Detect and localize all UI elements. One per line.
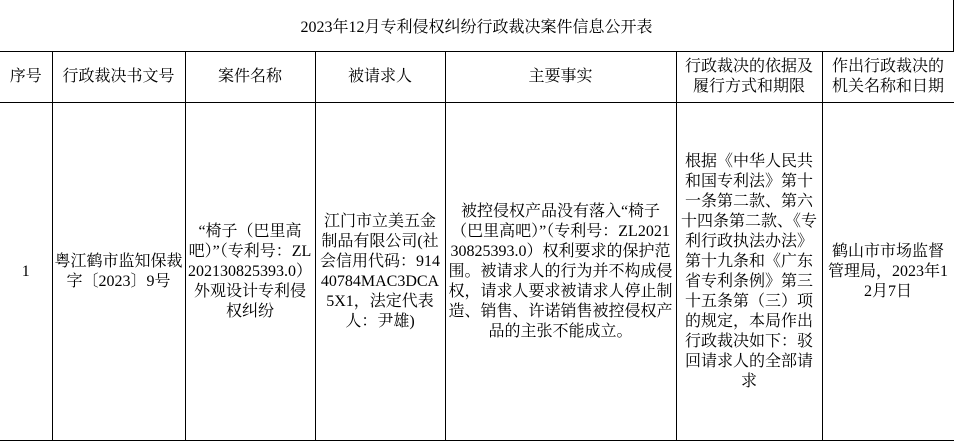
cell-basis: 根据《中华人民共和国专利法》第十一条第二款、第六十四条第二款、《专利行政执法办法…: [676, 103, 822, 441]
cases-table: 序号 行政裁决书文号 案件名称 被请求人 主要事实 行政裁决的依据及履行方式和期…: [0, 51, 954, 441]
col-header-doc-no: 行政裁决书文号: [52, 52, 185, 103]
disclosure-document: 2023年12月专利侵权纠纷行政裁决案件信息公开表 序号 行政裁决书文号 案件名…: [0, 0, 954, 445]
cell-seq: 1: [0, 103, 52, 441]
col-header-authority: 作出行政裁决的机关名称和日期: [822, 52, 954, 103]
page-title: 2023年12月专利侵权纠纷行政裁决案件信息公开表: [0, 0, 954, 51]
col-header-respondent: 被请求人: [315, 52, 445, 103]
col-header-basis: 行政裁决的依据及履行方式和期限: [676, 52, 822, 103]
cell-case-name: “椅子（巴里高吧）”（专利号：ZL202130825393.0）外观设计专利侵权…: [185, 103, 315, 441]
table-header-row: 序号 行政裁决书文号 案件名称 被请求人 主要事实 行政裁决的依据及履行方式和期…: [0, 52, 954, 103]
cell-authority: 鹤山市市场监督管理局，2023年12月7日: [822, 103, 954, 441]
cell-main-facts: 被控侵权产品没有落入“椅子（巴里高吧）”（专利号：ZL202130825393.…: [445, 103, 676, 441]
col-header-seq: 序号: [0, 52, 52, 103]
cell-doc-no: 粤江鹤市监知保裁字〔2023〕9号: [52, 103, 185, 441]
cell-respondent: 江门市立美五金制品有限公司(社会信用代码：91440784MAC3DCA5X1，…: [315, 103, 445, 441]
table-row: 1 粤江鹤市监知保裁字〔2023〕9号 “椅子（巴里高吧）”（专利号：ZL202…: [0, 103, 954, 441]
col-header-case-name: 案件名称: [185, 52, 315, 103]
col-header-main-facts: 主要事实: [445, 52, 676, 103]
